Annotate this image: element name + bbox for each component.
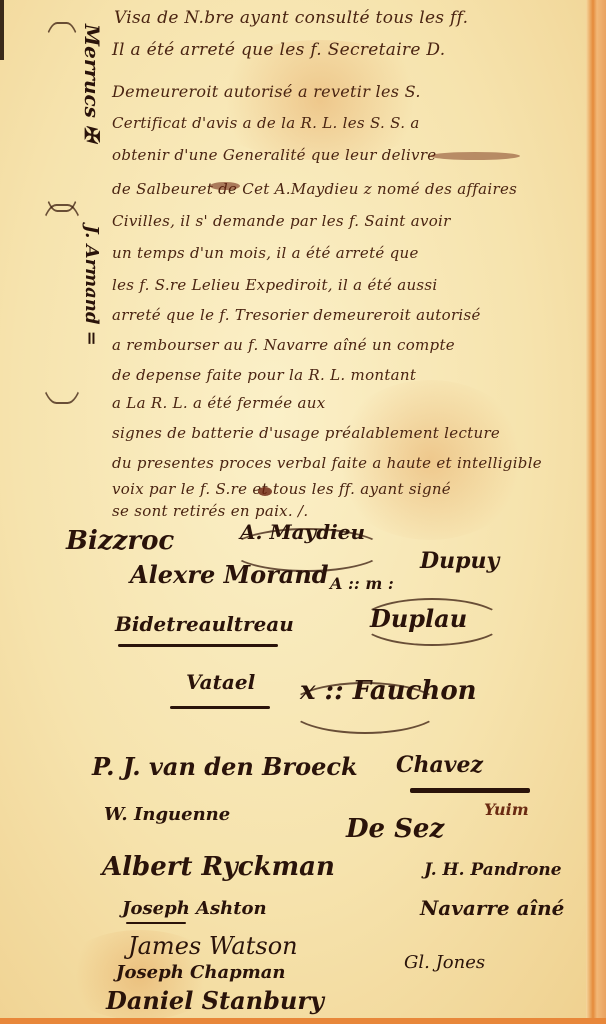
signature: Yuim bbox=[484, 800, 529, 819]
signature: Joseph Ashton bbox=[122, 898, 267, 919]
body-line: Certificat d'avis a de la R. L. les S. S… bbox=[112, 114, 420, 132]
signature: James Watson bbox=[128, 932, 298, 960]
signature: J. H. Pandrone bbox=[424, 860, 562, 880]
body-line: de depense faite pour la R. L. montant bbox=[112, 366, 416, 384]
margin-signature-2: J. Armand = bbox=[81, 225, 102, 346]
margin-signature-1: Merrucs ✠ bbox=[80, 24, 104, 142]
signature: Dupuy bbox=[420, 548, 499, 574]
margin-flourish bbox=[38, 22, 86, 212]
body-line: de Salbeuret de Cet A.Maydieu z nomé des… bbox=[112, 180, 517, 198]
page-right-edge bbox=[586, 0, 606, 1024]
body-line: se sont retirés en paix. /. bbox=[112, 502, 308, 520]
signature-underline bbox=[118, 644, 278, 647]
body-line: du presentes proces verbal faite a haute… bbox=[112, 454, 542, 472]
body-line: un temps d'un mois, il a été arreté que bbox=[112, 244, 419, 262]
body-line: Demeureroit autorisé a revetir les S. bbox=[112, 82, 421, 101]
signature: Gl. Jones bbox=[404, 952, 485, 973]
ink-blot bbox=[258, 487, 272, 496]
body-line: signes de batterie d'usage préalablement… bbox=[112, 424, 500, 442]
signature: Chavez bbox=[396, 752, 483, 778]
ink-blot bbox=[210, 182, 240, 190]
signature: x :: Fauchon bbox=[300, 676, 477, 706]
signature: Vatael bbox=[186, 670, 255, 694]
body-line: Visa de N.bre ayant consulté tous les ff… bbox=[114, 8, 468, 28]
signature: W. Inguenne bbox=[104, 804, 230, 825]
manuscript-page: Merrucs ✠ J. Armand = Visa de N.bre ayan… bbox=[0, 0, 606, 1024]
signature-underline bbox=[410, 788, 530, 793]
signature: Duplau bbox=[370, 604, 467, 633]
signature: Bidetreaultreau bbox=[115, 612, 294, 636]
body-line: Il a été arreté que les f. Secretaire D. bbox=[112, 40, 445, 60]
body-line: arreté que le f. Tresorier demeureroit a… bbox=[112, 306, 481, 324]
body-line: voix par le f. S.re et tous les ff. ayan… bbox=[112, 480, 451, 498]
page-bottom-edge bbox=[0, 1018, 606, 1024]
body-line: a rembourser au f. Navarre aîné un compt… bbox=[112, 336, 455, 354]
signature: A :: m : bbox=[330, 574, 394, 593]
signature: Albert Ryckman bbox=[102, 852, 335, 882]
signature: Navarre aîné bbox=[420, 896, 564, 920]
page-left-edge bbox=[0, 0, 4, 60]
signature-underline bbox=[126, 922, 186, 924]
strikethrough-blot bbox=[430, 152, 520, 160]
body-line: obtenir d'une Generalité que leur delivr… bbox=[112, 146, 436, 164]
signature: Alexre Morand bbox=[130, 560, 329, 589]
signature: Bizzroc bbox=[66, 526, 174, 556]
signature: Joseph Chapman bbox=[116, 962, 286, 983]
signature: A. Maydieu bbox=[240, 520, 365, 544]
signature: De Sez bbox=[346, 814, 444, 844]
body-line: Civilles, il s' demande par les f. Saint… bbox=[112, 212, 451, 230]
body-line: a La R. L. a été fermée aux bbox=[112, 394, 325, 412]
body-line: les f. S.re Lelieu Expediroit, il a été … bbox=[112, 276, 438, 294]
signature: Daniel Stanbury bbox=[106, 986, 324, 1015]
signature-underline bbox=[170, 706, 270, 709]
signature: P. J. van den Broeck bbox=[92, 752, 358, 781]
